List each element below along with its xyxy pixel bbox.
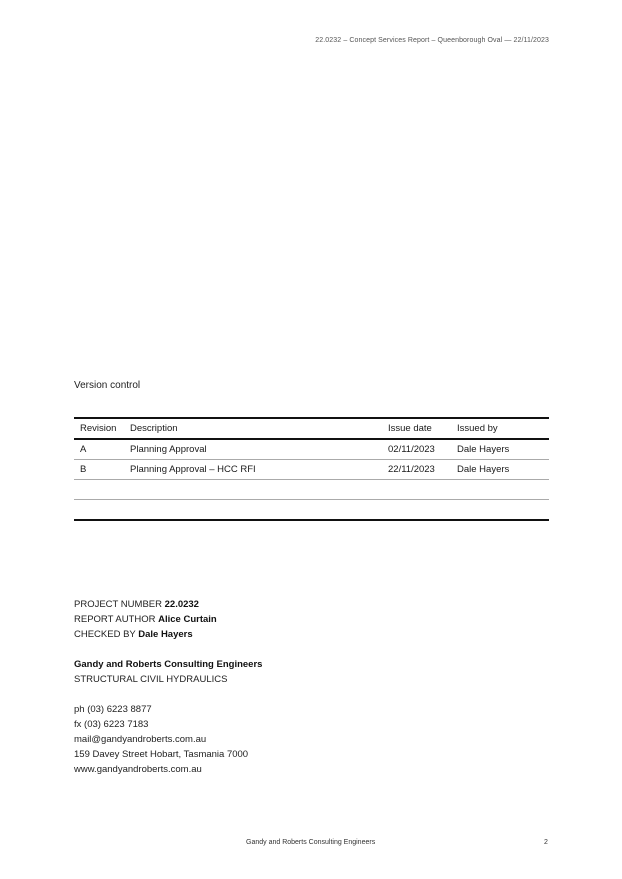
cell-revision: [74, 480, 124, 500]
version-control-title: Version control: [74, 380, 140, 391]
cell-issue-date: [382, 480, 451, 500]
checked-by: Dale Hayers: [138, 629, 192, 640]
project-info-block: PROJECT NUMBER 22.0232 REPORT AUTHOR Ali…: [74, 597, 262, 777]
footer-company: Gandy and Roberts Consulting Engineers: [246, 839, 375, 846]
table-header-row: Revision Description Issue date Issued b…: [74, 418, 549, 439]
checked-by-line: CHECKED BY Dale Hayers: [74, 627, 262, 642]
report-author-label: REPORT AUTHOR: [74, 614, 155, 625]
project-number-label: PROJECT NUMBER: [74, 599, 162, 610]
company-disciplines: STRUCTURAL CIVIL HYDRAULICS: [74, 672, 262, 687]
checked-by-label: CHECKED BY: [74, 629, 136, 640]
cell-issued-by: Dale Hayers: [451, 460, 549, 480]
page-number: 2: [544, 839, 548, 846]
table-row: B Planning Approval – HCC RFI 22/11/2023…: [74, 460, 549, 480]
company-phone: ph (03) 6223 8877: [74, 702, 262, 717]
cell-issued-by: Dale Hayers: [451, 439, 549, 460]
company-fax: fx (03) 6223 7183: [74, 717, 262, 732]
project-number-line: PROJECT NUMBER 22.0232: [74, 597, 262, 612]
cell-description: [124, 480, 382, 500]
col-description: Description: [124, 418, 382, 439]
table-row: A Planning Approval 02/11/2023 Dale Haye…: [74, 439, 549, 460]
col-issued-by: Issued by: [451, 418, 549, 439]
col-issue-date: Issue date: [382, 418, 451, 439]
cell-description: Planning Approval: [124, 439, 382, 460]
cell-description: Planning Approval – HCC RFI: [124, 460, 382, 480]
cell-revision: B: [74, 460, 124, 480]
table-row: [74, 480, 549, 500]
running-header: 22.0232 – Concept Services Report – Quee…: [315, 37, 549, 44]
cell-revision: A: [74, 439, 124, 460]
table-row: [74, 500, 549, 521]
cell-description: [124, 500, 382, 521]
company-address: 159 Davey Street Hobart, Tasmania 7000: [74, 747, 262, 762]
project-number: 22.0232: [165, 599, 199, 610]
cell-issued-by: [451, 480, 549, 500]
revision-table: Revision Description Issue date Issued b…: [74, 417, 549, 521]
company-email[interactable]: mail@gandyandroberts.com.au: [74, 732, 262, 747]
cell-revision: [74, 500, 124, 521]
company-website[interactable]: www.gandyandroberts.com.au: [74, 762, 262, 777]
cell-issued-by: [451, 500, 549, 521]
report-author-line: REPORT AUTHOR Alice Curtain: [74, 612, 262, 627]
report-author: Alice Curtain: [158, 614, 217, 625]
company-name: Gandy and Roberts Consulting Engineers: [74, 659, 262, 670]
cell-issue-date: [382, 500, 451, 521]
cell-issue-date: 02/11/2023: [382, 439, 451, 460]
cell-issue-date: 22/11/2023: [382, 460, 451, 480]
col-revision: Revision: [74, 418, 124, 439]
